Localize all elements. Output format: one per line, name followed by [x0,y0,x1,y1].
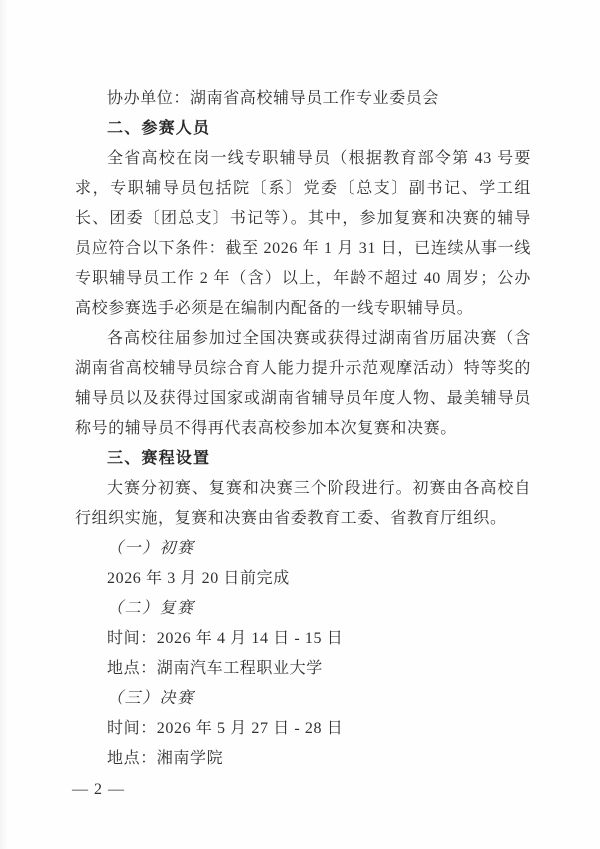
line-semifinal-time: 时间：2026 年 4 月 14 日 - 15 日 [75,624,531,654]
section-heading-participants: 二、参赛人员 [75,114,531,144]
document-page: 协办单位：湖南省高校辅导员工作专业委员会 二、参赛人员 全省高校在岗一线专职辅导… [0,0,600,849]
subheading-final-round: （三）决赛 [75,684,531,714]
subheading-preliminary-round: （一）初赛 [75,534,531,564]
page-number: — 2 — [72,781,125,799]
paragraph-participation-restrictions: 各高校往届参加过全国决赛或获得过湖南省历届决赛（含湖南省高校辅导员综合育人能力提… [75,324,531,444]
section-heading-schedule: 三、赛程设置 [75,444,531,474]
line-final-time: 时间：2026 年 5 月 27 日 - 28 日 [75,714,531,744]
subheading-semifinal-round: （二）复赛 [75,594,531,624]
line-preliminary-deadline: 2026 年 3 月 20 日前完成 [75,564,531,594]
paragraph-schedule-overview: 大赛分初赛、复赛和决赛三个阶段进行。初赛由各高校自行组织实施，复赛和决赛由省委教… [75,474,531,534]
scan-edge-artifact [0,0,8,849]
line-final-venue: 地点：湘南学院 [75,744,531,774]
document-content: 协办单位：湖南省高校辅导员工作专业委员会 二、参赛人员 全省高校在岗一线专职辅导… [75,84,531,774]
paragraph-eligibility-requirements: 全省高校在岗一线专职辅导员（根据教育部令第 43 号要求，专职辅导员包括院〔系〕… [75,144,531,324]
co-organizer-line: 协办单位：湖南省高校辅导员工作专业委员会 [75,84,531,114]
line-semifinal-venue: 地点：湖南汽车工程职业大学 [75,654,531,684]
